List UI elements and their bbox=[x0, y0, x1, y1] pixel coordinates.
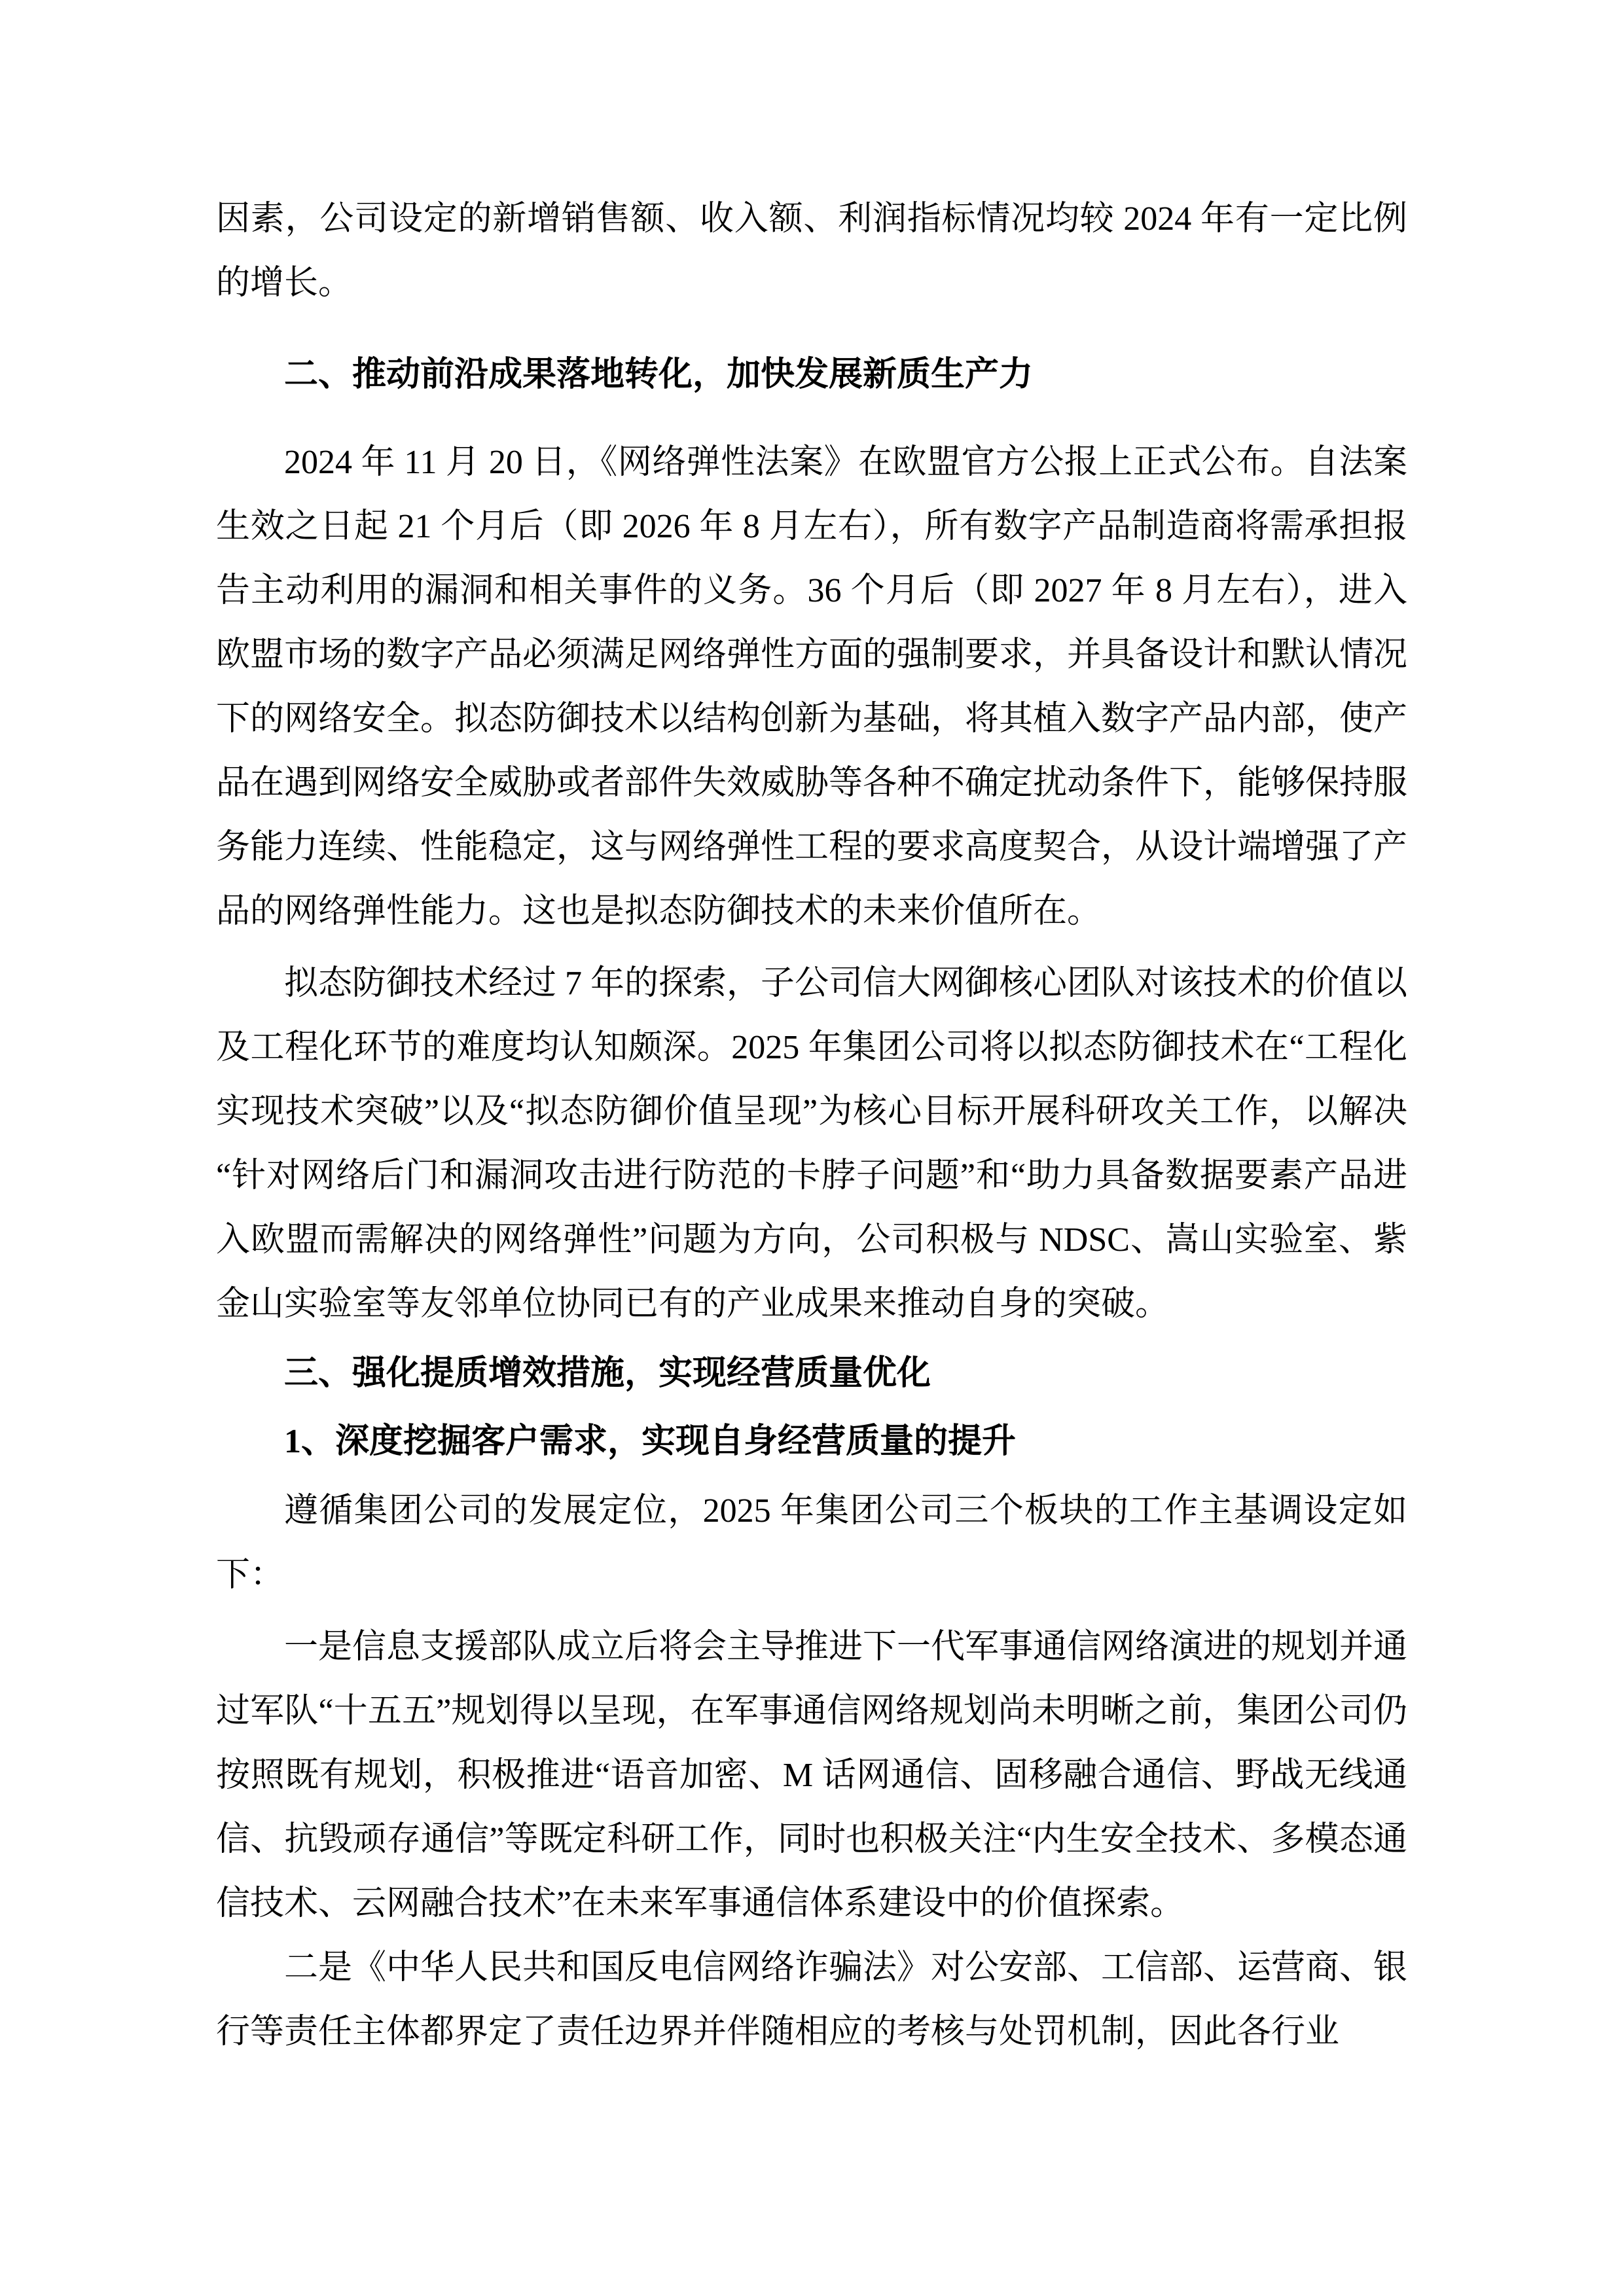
paragraph-mimic-defense: 拟态防御技术经过 7 年的探索，子公司信大网御核心团队对该技术的价值以及工程化环… bbox=[216, 952, 1407, 1336]
paragraph-point-one: 一是信息支援部队成立后将会主导推进下一代军事通信网络演进的规划并通过军队“十五五… bbox=[216, 1615, 1407, 1936]
paragraph-point-two: 二是《中华人民共和国反电信网络诈骗法》对公安部、工信部、运营商、银行等责任主体都… bbox=[216, 1936, 1407, 2064]
section-heading-2: 二、推动前沿成果落地转化，加快发展新质生产力 bbox=[216, 343, 1407, 407]
subsection-heading-1: 1、深度挖掘客户需求，实现自身经营质量的提升 bbox=[216, 1410, 1407, 1474]
document-page: 因素，公司设定的新增销售额、收入额、利润指标情况均较 2024 年有一定比例的增… bbox=[0, 0, 1624, 2296]
section-heading-3: 三、强化提质增效措施，实现经营质量优化 bbox=[216, 1342, 1407, 1406]
paragraph-work-keynote: 遵循集团公司的发展定位，2025 年集团公司三个板块的工作主基调设定如下： bbox=[216, 1479, 1407, 1607]
paragraph-cyber-resilience-act: 2024 年 11 月 20 日，《网络弹性法案》在欧盟官方公报上正式公布。自法… bbox=[216, 431, 1407, 944]
paragraph-continuation: 因素，公司设定的新增销售额、收入额、利润指标情况均较 2024 年有一定比例的增… bbox=[216, 187, 1407, 315]
